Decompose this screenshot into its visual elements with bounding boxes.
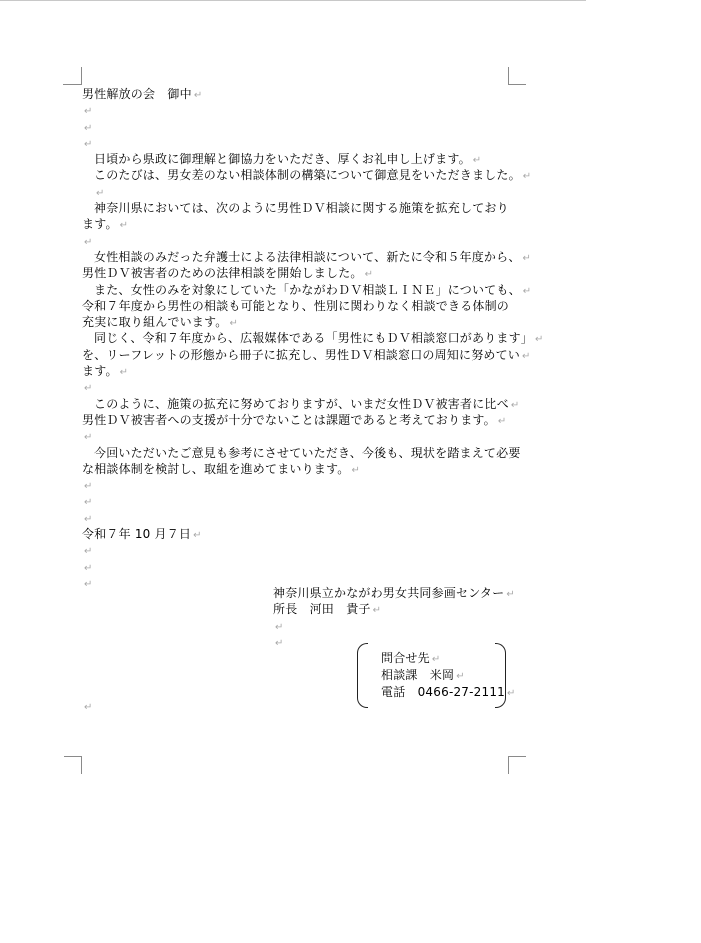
text-line: な相談体制を検討し、取組を進めてまいります。↵ — [82, 461, 514, 477]
line-text: 日頃から県政に御理解と御協力をいただき、厚くお礼申し上げます。 — [94, 152, 471, 166]
text-line: 神奈川県においては、次のように男性ＤＶ相談に関する施策を拡充しており — [82, 200, 514, 216]
paragraph-mark-icon: ↵ — [84, 497, 93, 508]
line-text: このたびは、男女差のない相談体制の構築について御意見をいただきました。 — [94, 168, 521, 182]
empty-line: ↵ — [82, 493, 514, 509]
paragraph-mark-icon: ↵ — [498, 416, 507, 427]
text-line: 日頃から県政に御理解と御協力をいただき、厚くお礼申し上げます。↵ — [82, 151, 514, 167]
trailing-empty-line: ↵ — [82, 698, 93, 714]
paragraph-mark-icon: ↵ — [84, 383, 93, 394]
line-text: 今回いただいたご意見も参考にさせていただき、今後も、現状を踏まえて必要 — [94, 446, 521, 460]
paragraph-mark-icon: ↵ — [535, 334, 544, 345]
line-text: な相談体制を検討し、取組を進めてまいります。 — [82, 462, 349, 476]
paragraph-mark-icon: ↵ — [120, 220, 129, 231]
line-text: 男性ＤＶ被害者への支援が十分でないことは課題であると考えております。 — [82, 413, 496, 427]
text-line: 男性ＤＶ被害者のための法律相談を開始しました。↵ — [82, 265, 514, 281]
paragraph-mark-icon: ↵ — [507, 688, 516, 699]
paragraph-mark-icon: ↵ — [84, 546, 93, 557]
text-line: このたびは、男女差のない相談体制の構築について御意見をいただきました。↵ — [82, 167, 514, 183]
text-line: 令和７年 10 月７日↵ — [82, 526, 514, 542]
text-line: 充実に取り組んでいます。↵ — [82, 314, 514, 330]
empty-line: ↵ — [82, 559, 514, 575]
text-line: 男性解放の会 御中↵ — [82, 86, 514, 102]
text-line: このように、施策の拡充に努めておりますが、いまだ女性ＤＶ被害者に比べ↵ — [82, 396, 514, 412]
line-text: 令和７年 10 月７日 — [82, 527, 191, 541]
crop-mark-bottom-left — [64, 756, 82, 774]
line-text: このように、施策の拡充に努めておりますが、いまだ女性ＤＶ被害者に比べ — [94, 397, 509, 411]
signature-title-name: 所長 河田 貴子↵ — [273, 601, 523, 617]
line-text: を、リーフレットの形態から冊子に拡充し、男性ＤＶ相談窓口の周知に努めてい — [82, 348, 520, 362]
empty-line: ↵ — [82, 477, 514, 493]
paragraph-mark-icon: ↵ — [84, 123, 93, 134]
text-line: ます。↵ — [82, 216, 514, 232]
line-text: また、女性のみを対象にしていた「かながわＤＶ相談ＬＩＮＥ」についても、 — [94, 283, 521, 297]
paragraph-mark-icon: ↵ — [373, 605, 382, 616]
paragraph-mark-icon: ↵ — [523, 171, 532, 182]
line-text: 神奈川県においては、次のように男性ＤＶ相談に関する施策を拡充しており — [94, 201, 509, 215]
text-line: 同じく、令和７年度から、広報媒体である「男性にもＤＶ相談窓口があります」↵ — [82, 330, 514, 346]
paragraph-mark-icon: ↵ — [523, 286, 532, 297]
empty-line: ↵ — [273, 618, 523, 634]
contact-info-box: 問合せ先↵ 相談課 米岡↵ 電話 0466-27-2111↵ — [357, 643, 506, 706]
paragraph-mark-icon: ↵ — [193, 530, 202, 541]
paragraph-mark-icon: ↵ — [84, 579, 93, 590]
text-line: を、リーフレットの形態から冊子に拡充し、男性ＤＶ相談窓口の周知に努めてい↵ — [82, 347, 514, 363]
paragraph-mark-icon: ↵ — [456, 671, 465, 682]
page-top-edge — [0, 0, 586, 1]
letter-body[interactable]: 男性解放の会 御中↵↵↵↵日頃から県政に御理解と御協力をいただき、厚くお礼申し上… — [82, 86, 514, 591]
paragraph-mark-icon: ↵ — [523, 253, 532, 264]
paragraph-mark-icon: ↵ — [194, 90, 203, 101]
paragraph-mark-icon: ↵ — [506, 589, 515, 600]
line-text: ます。 — [82, 364, 118, 378]
paragraph-mark-icon: ↵ — [473, 155, 482, 166]
paragraph-mark-icon: ↵ — [120, 367, 129, 378]
empty-line: ↵ — [82, 379, 514, 395]
line-text: 同じく、令和７年度から、広報媒体である「男性にもＤＶ相談窓口があります」 — [94, 331, 533, 345]
text-line: ます。↵ — [82, 363, 514, 379]
paragraph-mark-icon: ↵ — [96, 188, 105, 199]
left-bracket-icon — [357, 643, 368, 708]
signature-block: 神奈川県立かながわ男女共同参画センター↵ 所長 河田 貴子↵ ↵ ↵ — [273, 585, 523, 650]
paragraph-mark-icon: ↵ — [84, 432, 93, 443]
empty-line: ↵ — [82, 102, 514, 118]
line-text: 充実に取り組んでいます。 — [82, 315, 227, 329]
text-line: 今回いただいたご意見も参考にさせていただき、今後も、現状を踏まえて必要 — [82, 445, 514, 461]
text-line: 女性相談のみだった弁護士による法律相談について、新たに令和５年度から、↵ — [82, 249, 514, 265]
paragraph-mark-icon: ↵ — [365, 269, 374, 280]
line-text: 女性相談のみだった弁護士による法律相談について、新たに令和５年度から、 — [94, 250, 521, 264]
empty-line: ↵ — [82, 233, 514, 249]
crop-mark-bottom-right — [508, 756, 526, 774]
line-text: 男性ＤＶ被害者のための法律相談を開始しました。 — [82, 266, 363, 280]
empty-line: ↵ — [82, 428, 514, 444]
empty-line: ↵ — [82, 184, 514, 200]
paragraph-mark-icon: ↵ — [84, 481, 93, 492]
paragraph-mark-icon: ↵ — [229, 318, 238, 329]
contact-phone: 電話 0466-27-2111↵ — [381, 684, 516, 701]
empty-line: ↵ — [82, 542, 514, 558]
text-line: 男性ＤＶ被害者への支援が十分でないことは課題であると考えております。↵ — [82, 412, 514, 428]
paragraph-mark-icon: ↵ — [275, 638, 284, 649]
empty-line: ↵ — [82, 119, 514, 135]
empty-line: ↵ — [82, 510, 514, 526]
paragraph-mark-icon: ↵ — [84, 514, 93, 525]
contact-heading: 問合せ先↵ — [381, 650, 516, 667]
text-line: 令和７年度から男性の相談も可能となり、性別に関わりなく相談できる体制の — [82, 298, 514, 314]
line-text: 令和７年度から男性の相談も可能となり、性別に関わりなく相談できる体制の — [82, 299, 509, 313]
crop-mark-top-left — [63, 67, 82, 85]
paragraph-mark-icon: ↵ — [522, 351, 531, 362]
crop-mark-top-right — [508, 67, 526, 85]
paragraph-mark-icon: ↵ — [84, 702, 93, 713]
signature-organization: 神奈川県立かながわ男女共同参画センター↵ — [273, 585, 523, 601]
text-line: また、女性のみを対象にしていた「かながわＤＶ相談ＬＩＮＥ」についても、↵ — [82, 282, 514, 298]
paragraph-mark-icon: ↵ — [432, 654, 441, 665]
paragraph-mark-icon: ↵ — [84, 106, 93, 117]
paragraph-mark-icon: ↵ — [84, 139, 93, 150]
paragraph-mark-icon: ↵ — [84, 237, 93, 248]
paragraph-mark-icon: ↵ — [351, 465, 360, 476]
empty-line: ↵ — [82, 135, 514, 151]
line-text: ます。 — [82, 217, 118, 231]
paragraph-mark-icon: ↵ — [275, 622, 284, 633]
line-text: 男性解放の会 御中 — [82, 87, 192, 101]
paragraph-mark-icon: ↵ — [84, 563, 93, 574]
paragraph-mark-icon: ↵ — [511, 400, 520, 411]
contact-department: 相談課 米岡↵ — [381, 667, 516, 684]
